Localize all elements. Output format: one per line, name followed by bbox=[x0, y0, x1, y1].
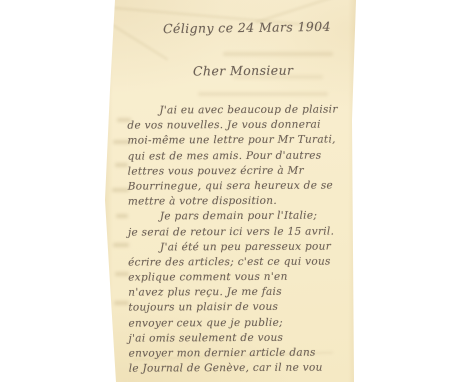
bleed-through-mark bbox=[113, 243, 129, 247]
bleed-through-mark bbox=[198, 92, 328, 96]
letter-line: envoyer ceux que je publie; bbox=[128, 315, 352, 331]
bleed-through-mark bbox=[223, 52, 333, 56]
letter-salutation: Cher Monsieur bbox=[193, 63, 294, 79]
bleed-through-mark bbox=[112, 188, 129, 192]
letter-line: le Journal de Genève, car il ne vou bbox=[129, 361, 353, 377]
letter-line: J'ai été un peu paresseux pour bbox=[128, 239, 352, 255]
bleed-through-mark bbox=[114, 301, 129, 305]
letter-line: écrire des articles; c'est ce qui vous bbox=[128, 254, 352, 270]
letter-line: moi-même une lettre pour Mr Turati, bbox=[127, 133, 351, 149]
letter-line: Bourrinegue, qui sera heureux de se bbox=[128, 178, 352, 194]
letter-line: j'ai omis seulement de vous bbox=[128, 330, 352, 346]
letter-line: Je pars demain pour l'Italie; bbox=[128, 209, 352, 225]
bleed-through-mark bbox=[116, 214, 128, 218]
letter-line: envoyer mon dernier article dans bbox=[129, 345, 353, 361]
letter-line: J'ai eu avec beaucoup de plaisir bbox=[127, 102, 351, 118]
letter-line: de vos nouvelles. Je vous donnerai bbox=[127, 118, 351, 134]
letter-body: J'ai eu avec beaucoup de plaisir de vos … bbox=[127, 102, 352, 377]
letter-photo: Céligny ce 24 Mars 1904 Cher Monsieur J'… bbox=[0, 0, 468, 382]
letter-line: explique comment vous n'en bbox=[128, 269, 352, 285]
bleed-through-mark bbox=[115, 272, 129, 276]
letter-dateline: Céligny ce 24 Mars 1904 bbox=[163, 19, 331, 36]
letter-line: qui est de mes amis. Pour d'autres bbox=[128, 148, 352, 164]
letter-line: toujours un plaisir de vous bbox=[128, 300, 352, 316]
letter-line: mettre à votre disposition. bbox=[128, 194, 352, 210]
letter-paper: Céligny ce 24 Mars 1904 Cher Monsieur J'… bbox=[103, 0, 356, 382]
letter-line: n'avez plus reçu. Je me fais bbox=[128, 285, 352, 301]
paper-crease bbox=[108, 22, 168, 61]
letter-line: je serai de retour ici vers le 15 avril. bbox=[128, 224, 352, 240]
letter-line: lettres vous pouvez écrire à Mr bbox=[128, 163, 352, 179]
bleed-through-mark bbox=[115, 163, 128, 167]
